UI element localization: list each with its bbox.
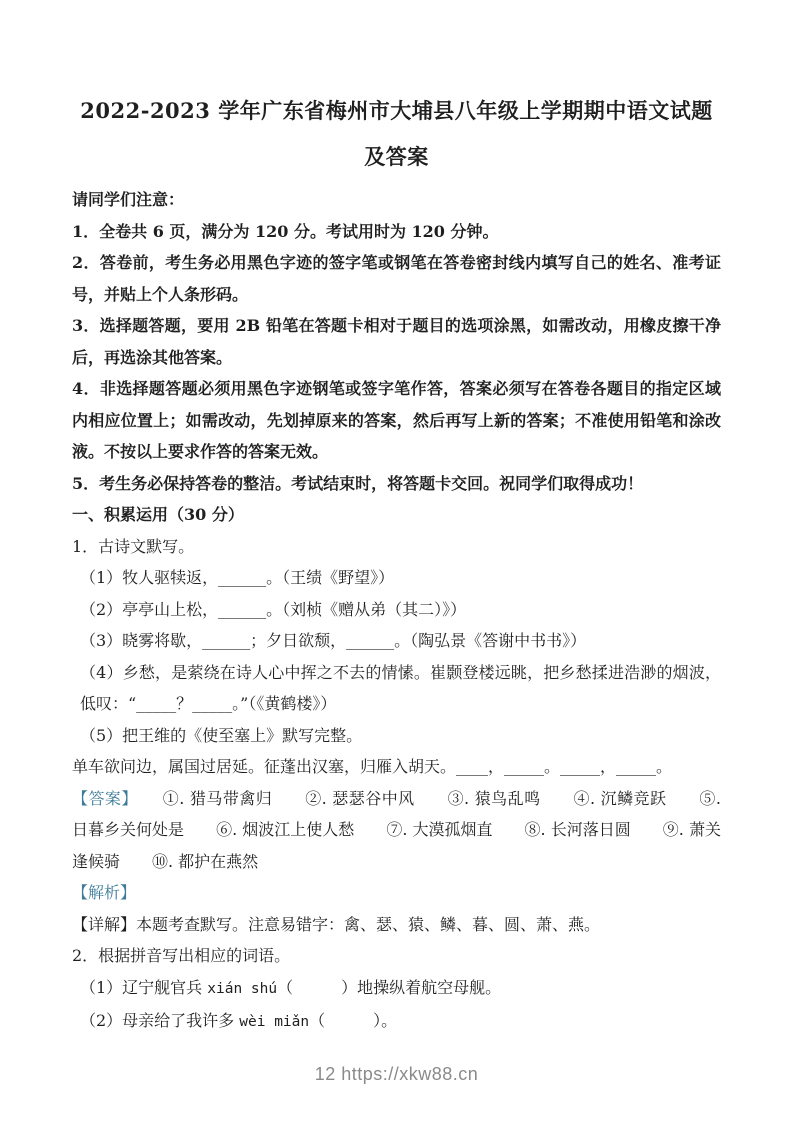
text-run: （5）把王维的《使至塞上》默写完整。: [80, 726, 362, 745]
page-content: 2022-2023 学年广东省梅州市大埔县八年级上学期期中语文试题及答案 请同学…: [0, 0, 793, 1039]
text-run: 5．考生务必保持答卷的整洁。考试结束时，将答题卡交回。祝同学们取得成功！: [72, 474, 643, 493]
text-run: 2．答卷前，考生务必用黑色字迹的签字笔或钢笔在答卷密封线内填写自己的姓名、准考证…: [72, 253, 721, 304]
text-run: 1．古诗文默写。: [72, 537, 194, 556]
text-run: 3．选择题答题，要用 2B 铅笔在答题卡相对于题目的选项涂黑，如需改动，用橡皮擦…: [72, 316, 721, 367]
footer-page-number: 12: [315, 1064, 336, 1084]
question-1-item-3: （3）晓雾将歇，______；夕日欲颓，______。（陶弘景《答谢中书书》）: [72, 625, 721, 657]
footer-site-url: https://xkw88.cn: [341, 1064, 478, 1084]
notice-item-2: 2．答卷前，考生务必用黑色字迹的签字笔或钢笔在答卷密封线内填写自己的姓名、准考证…: [72, 247, 721, 310]
answer-1: 【答案】 ①. 猎马带禽归 ②. 瑟瑟谷中风 ③. 猿鸟乱鸣 ④. 沉鳞竞跃 ⑤…: [72, 783, 721, 878]
text-run: （4）乡愁，是萦绕在诗人心中挥之不去的情愫。崔颢登楼远眺，把乡愁揉进浩渺的烟波，…: [80, 663, 721, 714]
text-run: 一、积累运用（30 分）: [72, 505, 244, 524]
question-1-item-2: （2）亭亭山上松，______。（刘桢《赠从弟（其二）》）: [72, 594, 721, 626]
text-run: 2．根据拼音写出相应的词语。: [72, 946, 290, 965]
text-run: 请同学们注意：: [72, 190, 184, 209]
pinyin-text: wèi miǎn: [239, 1014, 309, 1030]
question-1-item-1: （1）牧人驱犊返，______。（王绩《野望》）: [72, 562, 721, 594]
document-body: 请同学们注意：1．全卷共 6 页，满分为 120 分。考试用时为 120 分钟。…: [72, 184, 721, 1039]
text-run: （3）晓雾将歇，______；夕日欲颓，______。（陶弘景《答谢中书书》）: [80, 631, 586, 650]
text-run: （2）亭亭山上松，______。（刘桢《赠从弟（其二）》）: [80, 600, 466, 619]
text-run: （1）牧人驱犊返，______。（王绩《野望》）: [80, 568, 394, 587]
text-run: 单车欲问边，属国过居延。征蓬出汉塞，归雁入胡天。____，_____。_____…: [72, 757, 672, 776]
accent-label: 【解析】: [72, 883, 136, 902]
question-2-item-2: （2）母亲给了我许多 wèi miǎn（ ）。: [72, 1005, 721, 1039]
analysis-1-label: 【解析】: [72, 877, 721, 909]
notice-item-1: 1．全卷共 6 页，满分为 120 分。考试用时为 120 分钟。: [72, 216, 721, 248]
question-2-stem: 2．根据拼音写出相应的词语。: [72, 940, 721, 972]
text-run: （ ）地操纵着航空母舰。: [277, 978, 501, 997]
text-run: ①. 猎马带禽归 ②. 瑟瑟谷中风 ③. 猿鸟乱鸣 ④. 沉鳞竞跃 ⑤. 日暮乡…: [72, 789, 721, 871]
text-run: （1）辽宁舰官兵: [80, 978, 207, 997]
section-1-heading: 一、积累运用（30 分）: [72, 499, 721, 531]
analysis-1-detail: 【详解】本题考查默写。注意易错字：禽、瑟、猿、鳞、暮、圆、萧、燕。: [72, 909, 721, 941]
notice-item-4: 4．非选择题答题必须用黑色字迹钢笔或签字笔作答，答案必须写在答卷各题目的指定区域…: [72, 373, 721, 468]
pinyin-text: xián shú: [207, 981, 277, 997]
document-page: { "title": "2022-2023 学年广东省梅州市大埔县八年级上学期期…: [0, 0, 793, 1122]
text-run: 【详解】本题考查默写。注意易错字：禽、瑟、猿、鳞、暮、圆、萧、燕。: [72, 915, 600, 934]
text-run: （ ）。: [309, 1011, 397, 1030]
question-1-poem-line: 单车欲问边，属国过居延。征蓬出汉塞，归雁入胡天。____，_____。_____…: [72, 751, 721, 783]
question-1-stem: 1．古诗文默写。: [72, 531, 721, 563]
notice-item-3: 3．选择题答题，要用 2B 铅笔在答题卡相对于题目的选项涂黑，如需改动，用橡皮擦…: [72, 310, 721, 373]
text-run: 4．非选择题答题必须用黑色字迹钢笔或签字笔作答，答案必须写在答卷各题目的指定区域…: [72, 379, 721, 461]
question-1-item-4: （4）乡愁，是萦绕在诗人心中挥之不去的情愫。崔颢登楼远眺，把乡愁揉进浩渺的烟波，…: [72, 657, 721, 720]
page-title: 2022-2023 学年广东省梅州市大埔县八年级上学期期中语文试题及答案: [73, 88, 721, 180]
question-1-item-5: （5）把王维的《使至塞上》默写完整。: [72, 720, 721, 752]
text-run: 1．全卷共 6 页，满分为 120 分。考试用时为 120 分钟。: [72, 222, 499, 241]
page-footer: 12 https://xkw88.cn: [0, 1064, 793, 1085]
accent-label: 【答案】: [72, 789, 130, 808]
notice-item-5: 5．考生务必保持答卷的整洁。考试结束时，将答题卡交回。祝同学们取得成功！: [72, 468, 721, 500]
question-2-item-1: （1）辽宁舰官兵 xián shú（ ）地操纵着航空母舰。: [72, 972, 721, 1006]
text-run: （2）母亲给了我许多: [80, 1011, 239, 1030]
notice-heading: 请同学们注意：: [72, 184, 721, 216]
